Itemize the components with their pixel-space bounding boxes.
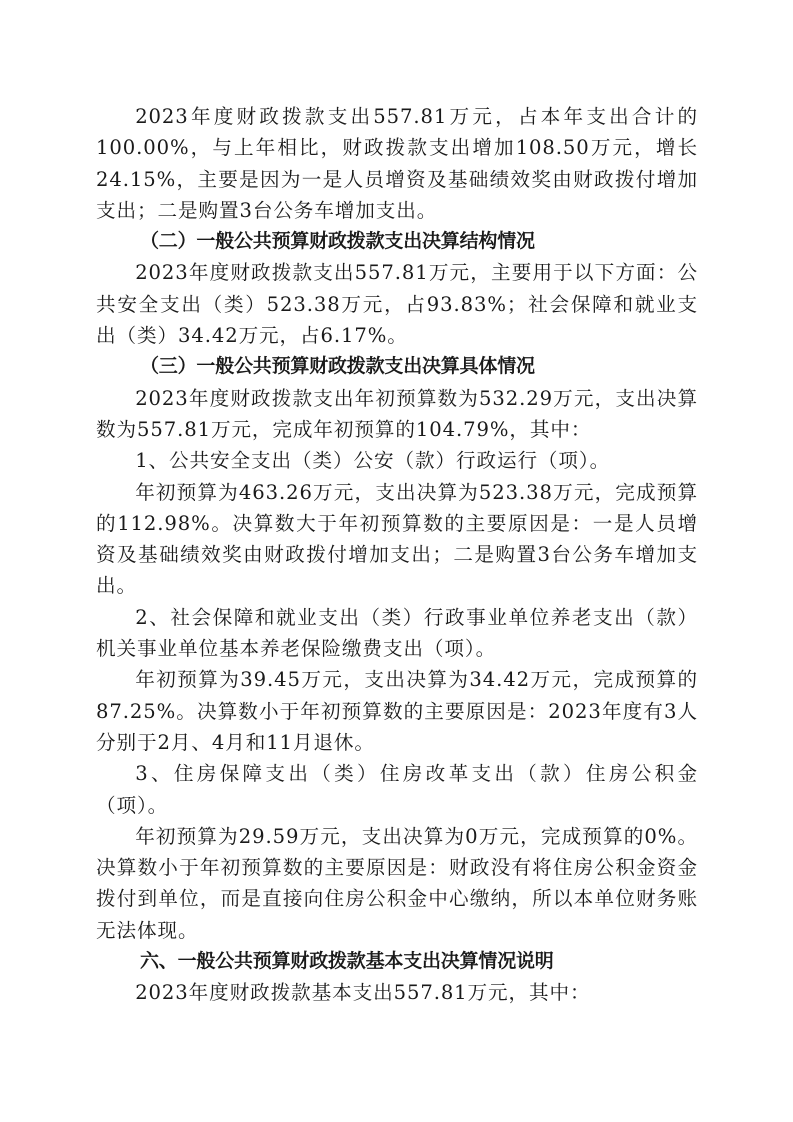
document-page: 2023年度财政拨款支出557.81万元，占本年支出合计的100.00%，与上年… <box>96 101 698 1009</box>
heading-basic-expenditure: 六、一般公共预算财政拨款基本支出决算情况说明 <box>96 946 698 977</box>
item-social-security-title: 2、社会保障和就业支出（类）行政事业单位养老支出（款）机关事业单位基本养老保险缴… <box>96 602 698 665</box>
item-public-security-body: 年初预算为463.26万元，支出决算为523.38万元，完成预算的112.98%… <box>96 477 698 602</box>
item-social-security-body: 年初预算为39.45万元，支出决算为34.42万元，完成预算的87.25%。决算… <box>96 664 698 758</box>
item-housing-body: 年初预算为29.59万元，支出决算为0万元，完成预算的0%。决算数小于年初预算数… <box>96 821 698 946</box>
item-public-security-title: 1、公共安全支出（类）公安（款）行政运行（项）。 <box>96 445 698 476</box>
heading-structure: （二）一般公共预算财政拨款支出决算结构情况 <box>96 226 698 257</box>
paragraph-total-expenditure: 2023年度财政拨款支出557.81万元，占本年支出合计的100.00%，与上年… <box>96 101 698 226</box>
paragraph-details-summary: 2023年度财政拨款支出年初预算数为532.29万元，支出决算数为557.81万… <box>96 383 698 446</box>
item-housing-title: 3、住房保障支出（类）住房改革支出（款）住房公积金（项）。 <box>96 758 698 821</box>
paragraph-structure: 2023年度财政拨款支出557.81万元，主要用于以下方面：公共安全支出（类）5… <box>96 257 698 351</box>
paragraph-basic-expenditure: 2023年度财政拨款基本支出557.81万元，其中： <box>96 977 698 1008</box>
heading-details: （三）一般公共预算财政拨款支出决算具体情况 <box>96 351 698 382</box>
